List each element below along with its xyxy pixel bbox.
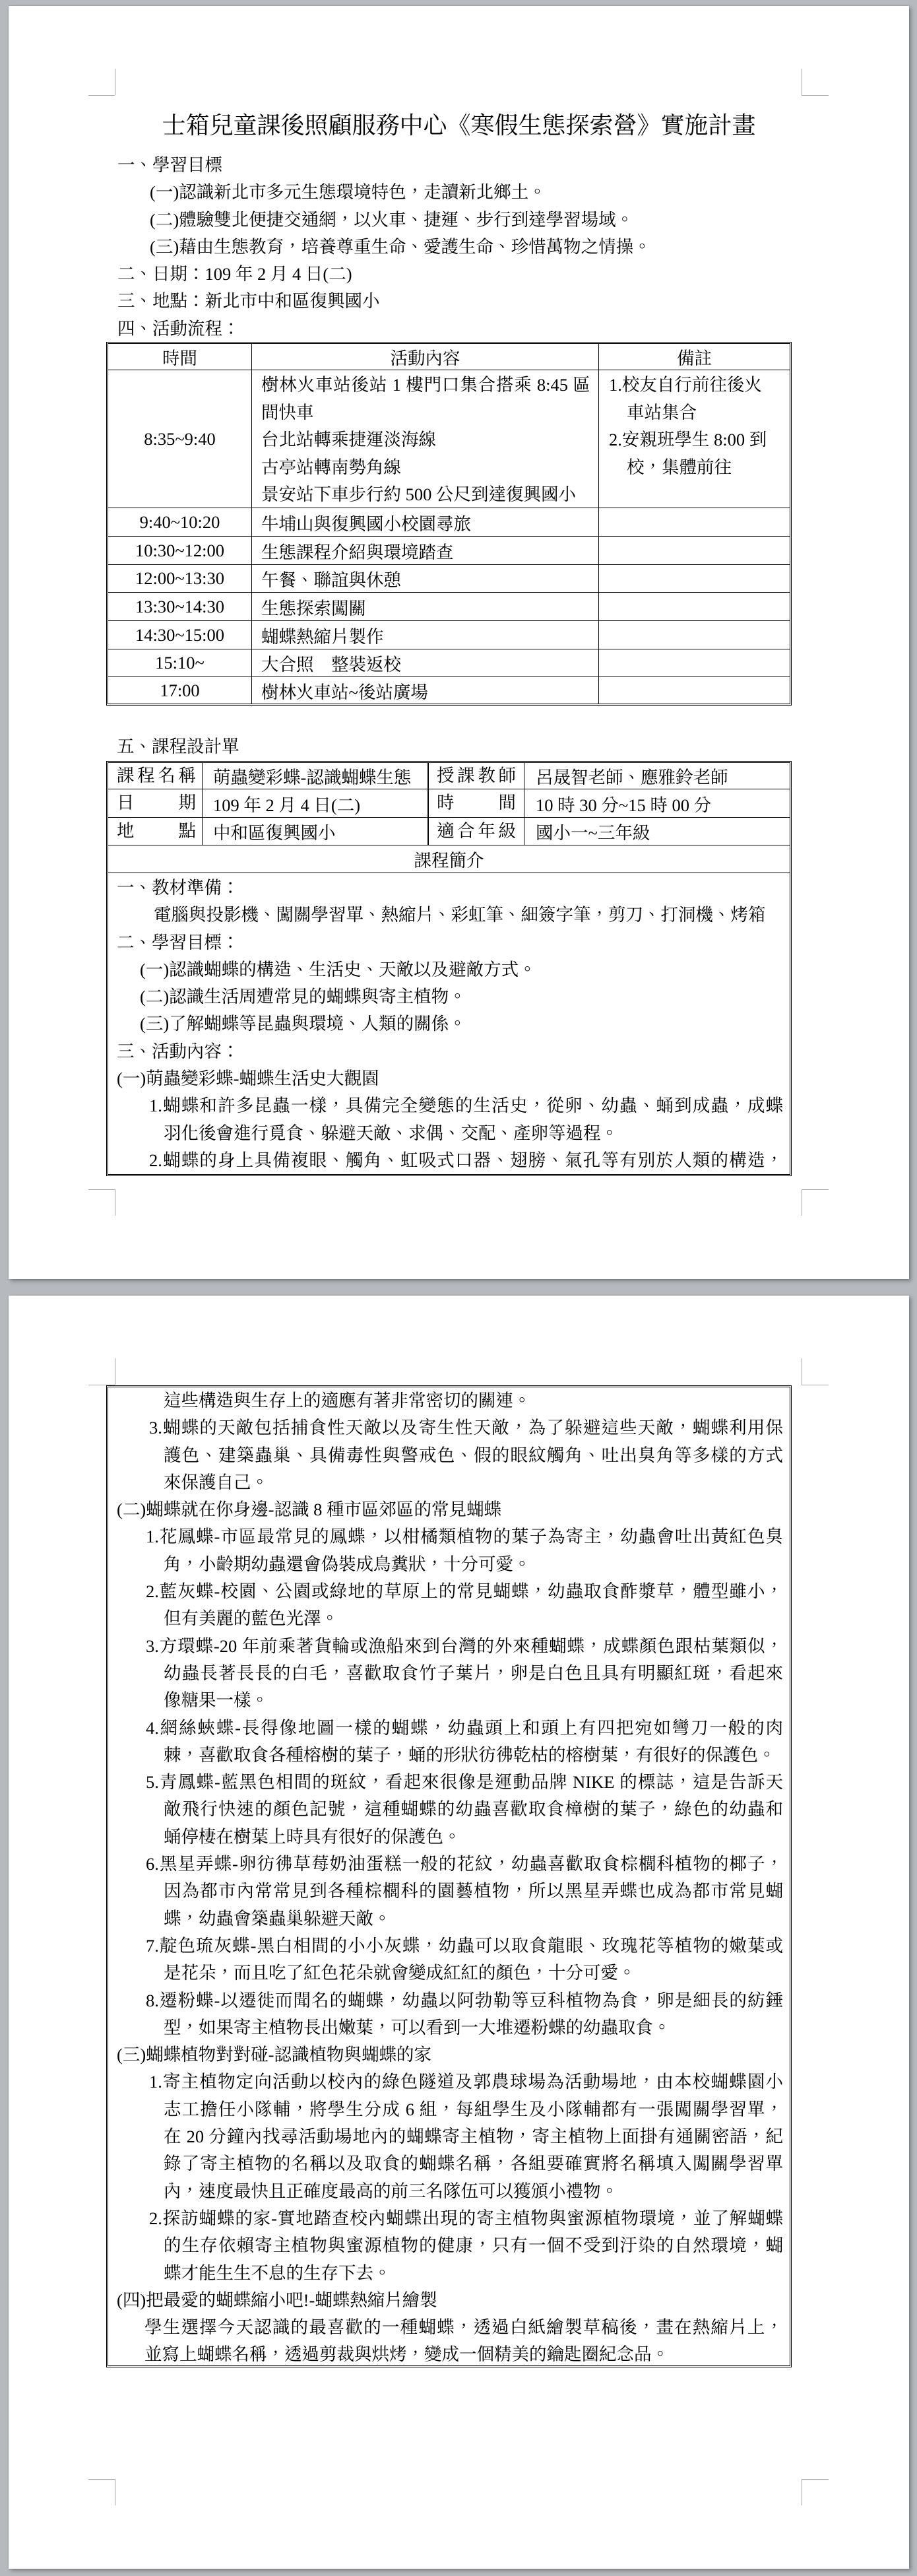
activity-cell: 生態探索闖關 bbox=[252, 593, 599, 620]
schedule-row: 14:30~15:00 蝴蝶熱縮片製作 bbox=[108, 621, 790, 649]
activity-line: 古亭站轉南勢角線 bbox=[261, 454, 590, 482]
intro-heading: 二、學習目標： bbox=[108, 929, 790, 956]
margin-mark-bottom-left bbox=[88, 2479, 115, 2480]
activity-item-line: 在 20 分鐘內找尋活動場地內的蝴蝶寄主植物，寄主植物上面掛有通關密語，紀 bbox=[108, 2123, 790, 2150]
butterfly-item-line: 4.網絲蛺蝶-長得像地圖一樣的蝴蝶，幼蟲頭上和頭上有四把宛如彎刀一般的肉 bbox=[108, 1715, 790, 1742]
butterfly-item-line: 角，小齡期幼蟲還會偽裝成鳥糞狀，十分可愛。 bbox=[108, 1551, 790, 1578]
time-cell: 9:40~10:20 bbox=[108, 508, 252, 536]
document-page-1: 士箱兒童課後照顧服務中心《寒假生態探索營》實施計畫 一、學習目標 (一)認識新北… bbox=[9, 6, 909, 1279]
schedule-row: 15:10~ 大合照 整裝返校 bbox=[108, 649, 790, 677]
materials-list: 電腦與投影機、闖關學習單、熱縮片、彩虹筆、細簽字筆，剪刀、打洞機、烤箱 bbox=[108, 902, 790, 929]
location-label: 地點 bbox=[108, 818, 203, 845]
notes-cell bbox=[599, 677, 790, 704]
activity-heading: (一)萌蟲變彩蝶-蝴蝶生活史大觀園 bbox=[108, 1065, 790, 1092]
note-line: 校，集體前往 bbox=[609, 454, 790, 482]
activity-item-line: 護色、建築蟲巢、具備毒性與警戒色、假的眼紋觸角、吐出臭角等多樣的方式 bbox=[108, 1442, 790, 1469]
activity-cell: 樹林火車站後站 1 樓門口集合搭乘 8:45 區 間快車 台北站轉乘捷運淡海線 … bbox=[252, 370, 599, 508]
document-title: 士箱兒童課後照顧服務中心《寒假生態探索營》實施計畫 bbox=[9, 111, 909, 140]
activity-item-line: 1.蝴蝶和許多昆蟲一樣，具備完全變態的生活史，從卵、幼蟲、蛹到成蟲，成蝶 bbox=[108, 1092, 790, 1119]
section-heading-schedule: 四、活動流程： bbox=[9, 315, 909, 343]
margin-mark-top-right bbox=[802, 95, 829, 96]
butterfly-item-line: 是花朵，而且吃了紅色花朵就會變成紅紅的顏色，十分可愛。 bbox=[108, 1960, 790, 1987]
activity-cell: 樹林火車站~後站廣場 bbox=[252, 677, 599, 704]
butterfly-item-line: 但有美麗的藍色光澤。 bbox=[108, 1605, 790, 1632]
schedule-row: 13:30~14:30 生態探索闖關 bbox=[108, 593, 790, 621]
time-cell: 12:00~13:30 bbox=[108, 565, 252, 592]
activity-line: 樹林火車站後站 1 樓門口集合搭乘 8:45 區 bbox=[261, 372, 590, 399]
section-date: 二、日期：109 年 2 月 4 日(二) bbox=[9, 261, 909, 288]
notes-cell bbox=[599, 537, 790, 564]
location-value: 中和區復興國小 bbox=[203, 818, 429, 845]
activity-line: 間快車 bbox=[261, 399, 590, 427]
column-header-notes: 備註 bbox=[599, 344, 790, 370]
intro-heading: 三、活動內容： bbox=[108, 1038, 790, 1065]
section-heading-objectives: 一、學習目標 bbox=[9, 152, 909, 179]
activity-paragraph-line: 並寫上蝴蝶名稱，透過剪裁與烘烤，變成一個精美的鑰匙圈紀念品。 bbox=[108, 2341, 790, 2368]
course-info-row: 課程名稱 萌蟲變彩蝶-認識蝴蝶生態 授課教師 呂晟智老師、應雅鈴老師 bbox=[108, 763, 790, 789]
butterfly-item-line: 棘，喜歡取食各種榕樹的葉子，蛹的形狀彷彿乾枯的榕樹葉，有很好的保護色。 bbox=[108, 1742, 790, 1769]
goal-item: (二)認識生活周遭常見的蝴蝶與寄主植物。 bbox=[108, 983, 790, 1010]
margin-mark-bottom-right bbox=[802, 2479, 829, 2480]
margin-mark-top-left bbox=[115, 1358, 115, 1385]
activity-item-line: 來保護自己。 bbox=[108, 1469, 790, 1496]
margin-mark-top-left bbox=[88, 95, 115, 96]
activity-item-line: 錄了寄主植物的名稱以及取食的蝴蝶名稱，各組要確實將名稱填入闖關學習單 bbox=[108, 2150, 790, 2177]
course-intro-content: 一、教材準備： 電腦與投影機、闖關學習單、熱縮片、彩虹筆、細簽字筆，剪刀、打洞機… bbox=[108, 873, 790, 1174]
schedule-header-row: 時間 活動內容 備註 bbox=[108, 344, 790, 370]
margin-mark-bottom-right bbox=[802, 1189, 802, 1216]
course-table-continued: 這些構造與生存上的適應有著非常密切的關連。 3.蝴蝶的天敵包括捕食性天敵以及寄生… bbox=[106, 1385, 792, 2367]
notes-cell bbox=[599, 508, 790, 536]
butterfly-item-line: 2.藍灰蝶-校園、公園或綠地的草原上的常見蝴蝶，幼蟲取食酢漿草，體型雖小， bbox=[108, 1578, 790, 1605]
objective-item: (二)體驗雙北便捷交通網，以火車、捷運、步行到達學習場域。 bbox=[9, 207, 909, 234]
margin-mark-bottom-left bbox=[88, 1189, 115, 1190]
activity-line: 台北站轉乘捷運淡海線 bbox=[261, 426, 590, 454]
activity-item-line: 1.寄主植物定向活動以校內的綠色隧道及郭農球場為活動場地，由本校蝴蝶園小 bbox=[108, 2068, 790, 2096]
schedule-row: 10:30~12:00 生態課程介紹與環境踏查 bbox=[108, 537, 790, 565]
activity-paragraph-line: 學生選擇今天認識的最喜歡的一種蝴蝶，透過白紙繪製草稿後，畫在熱縮片上， bbox=[108, 2314, 790, 2341]
teacher-value: 呂晟智老師、應雅鈴老師 bbox=[524, 763, 790, 789]
schedule-row: 9:40~10:20 牛埔山與復興國小校園尋旅 bbox=[108, 508, 790, 537]
activity-heading: (四)把最愛的蝴蝶縮小吧!-蝴蝶熱縮片繪製 bbox=[108, 2287, 790, 2314]
schedule-row: 8:35~9:40 樹林火車站後站 1 樓門口集合搭乘 8:45 區 間快車 台… bbox=[108, 370, 790, 508]
plan-overview: 一、學習目標 (一)認識新北市多元生態環境特色，走讀新北鄉土。 (二)體驗雙北便… bbox=[9, 152, 909, 343]
margin-mark-top-right bbox=[802, 1358, 802, 1385]
schedule-row: 17:00 樹林火車站~後站廣場 bbox=[108, 677, 790, 704]
course-name-value: 萌蟲變彩蝶-認識蝴蝶生態 bbox=[203, 763, 429, 789]
notes-cell: 1.校友自行前往後火 車站集合 2.安親班學生 8:00 到 校，集體前往 bbox=[599, 370, 790, 508]
butterfly-item-line: 1.花鳳蝶-市區最常見的鳳蝶，以柑橘類植物的葉子為寄主，幼蟲會吐出黃紅色臭 bbox=[108, 1523, 790, 1550]
course-table: 課程名稱 萌蟲變彩蝶-認識蝴蝶生態 授課教師 呂晟智老師、應雅鈴老師 日期 10… bbox=[106, 761, 792, 1176]
margin-mark-top-right bbox=[802, 69, 802, 95]
note-line: 車站集合 bbox=[609, 399, 790, 427]
notes-cell bbox=[599, 621, 790, 649]
document-page-2: 這些構造與生存上的適應有著非常密切的關連。 3.蝴蝶的天敵包括捕食性天敵以及寄生… bbox=[9, 1296, 909, 2569]
margin-mark-top-left bbox=[115, 69, 115, 95]
time-cell: 17:00 bbox=[108, 677, 252, 704]
objective-item: (三)藉由生態教育，培養尊重生命、愛護生命、珍惜萬物之情操。 bbox=[9, 234, 909, 261]
butterfly-item-line: 3.方環蝶-20 年前乘著貨輪或漁船來到台灣的外來種蝴蝶，成蝶顏色跟枯葉類似， bbox=[108, 1633, 790, 1660]
notes-cell bbox=[599, 649, 790, 677]
activity-cell: 牛埔山與復興國小校園尋旅 bbox=[252, 508, 599, 536]
activity-cell: 蝴蝶熱縮片製作 bbox=[252, 621, 599, 649]
section-location: 三、地點：新北市中和區復興國小 bbox=[9, 288, 909, 315]
note-line: 2.安親班學生 8:00 到 bbox=[609, 426, 790, 454]
activity-item-line: 內，速度最快且正確度最高的前三名隊伍可以獲頒小禮物。 bbox=[108, 2178, 790, 2205]
time-cell: 8:35~9:40 bbox=[108, 370, 252, 508]
course-intro-content-continued: 這些構造與生存上的適應有著非常密切的關連。 3.蝴蝶的天敵包括捕食性天敵以及寄生… bbox=[108, 1387, 790, 2365]
margin-mark-bottom-right bbox=[802, 1189, 829, 1190]
butterfly-item-line: 6.黑星弄蝶-卵彷彿草莓奶油蛋糕一般的花紋，幼蟲喜歡取食棕櫚科植物的椰子， bbox=[108, 1851, 790, 1878]
course-intro-heading: 課程簡介 bbox=[108, 845, 790, 873]
butterfly-item-line: 像糖果一樣。 bbox=[108, 1687, 790, 1714]
column-header-activity: 活動內容 bbox=[252, 344, 599, 370]
teacher-label: 授課教師 bbox=[429, 763, 524, 789]
section-heading-course-design: 五、課程設計單 bbox=[9, 733, 909, 760]
course-info-row: 地點 中和區復興國小 適合年級 國小一~三年級 bbox=[108, 818, 790, 845]
butterfly-item-line: 幼蟲長著長長的白毛，喜歡取食竹子葉片，卵是白色且具有明顯紅斑，看起來 bbox=[108, 1660, 790, 1687]
butterfly-item-line: 7.靛色琉灰蝶-黑白相間的小小灰蝶，幼蟲可以取食龍眼、玫瑰花等植物的嫩葉或 bbox=[108, 1932, 790, 1960]
grade-value: 國小一~三年級 bbox=[524, 818, 790, 845]
goal-item: (一)認識蝴蝶的構造、生活史、天敵以及避敵方式。 bbox=[108, 956, 790, 983]
course-name-label: 課程名稱 bbox=[108, 763, 203, 789]
activity-item-line: 這些構造與生存上的適應有著非常密切的關連。 bbox=[108, 1387, 790, 1414]
time-cell: 13:30~14:30 bbox=[108, 593, 252, 620]
time-cell: 10:30~12:00 bbox=[108, 537, 252, 564]
activity-item-line: 志工擔任小隊輔，將學生分成 6 組，每組學生及小隊輔都有一張闖關學習單， bbox=[108, 2096, 790, 2123]
margin-mark-top-right bbox=[802, 1385, 829, 1385]
grade-label: 適合年級 bbox=[429, 818, 524, 845]
activity-cell: 午餐、聯誼與休憩 bbox=[252, 565, 599, 592]
notes-cell bbox=[599, 593, 790, 620]
butterfly-item-line: 敵飛行快速的顏色記號，這種蝴蝶的幼蟲喜歡取食樟樹的葉子，綠色的幼蟲和 bbox=[108, 1796, 790, 1823]
activity-cell: 大合照 整裝返校 bbox=[252, 649, 599, 677]
activity-item-line: 羽化後會進行覓食、躲避天敵、求偶、交配、產卵等過程。 bbox=[108, 1120, 790, 1147]
date-label: 日期 bbox=[108, 789, 203, 817]
time-value: 10 時 30 分~15 時 00 分 bbox=[524, 789, 790, 817]
activity-line: 景安站下車步行約 500 公尺到達復興國小 bbox=[261, 481, 590, 509]
butterfly-item-line: 5.青鳳蝶-藍黑色相間的斑紋，看起來很像是運動品牌 NIKE 的標誌，這是告訴天 bbox=[108, 1769, 790, 1796]
objective-item: (一)認識新北市多元生態環境特色，走讀新北鄉土。 bbox=[9, 179, 909, 206]
activity-heading: (二)蝴蝶就在你身邊-認識 8 種市區郊區的常見蝴蝶 bbox=[108, 1496, 790, 1523]
activity-item-line: 3.蝴蝶的天敵包括捕食性天敵以及寄生性天敵，為了躲避這些天敵，蝴蝶利用保 bbox=[108, 1414, 790, 1441]
butterfly-item-line: 蛹停棲在樹葉上時具有很好的保護色。 bbox=[108, 1824, 790, 1851]
margin-mark-bottom-left bbox=[115, 1189, 115, 1216]
butterfly-item-line: 因為都市內常常見到各種棕櫚科的園藝植物，所以黑星弄蝶也成為都市常見蝴 bbox=[108, 1878, 790, 1905]
time-label: 時間 bbox=[429, 789, 524, 817]
goal-item: (三)了解蝴蝶等昆蟲與環境、人類的關係。 bbox=[108, 1010, 790, 1038]
notes-cell bbox=[599, 565, 790, 592]
course-info-row: 日期 109 年 2 月 4 日(二) 時間 10 時 30 分~15 時 00… bbox=[108, 789, 790, 818]
course-section: 五、課程設計單 bbox=[9, 733, 909, 760]
activity-item-line: 的生存依賴寄主植物與蜜源植物的健康，只有一個不受到汙染的自然環境，蝴 bbox=[108, 2232, 790, 2259]
course-intro-heading-row: 課程簡介 bbox=[108, 845, 790, 873]
note-line: 1.校友自行前往後火 bbox=[609, 372, 790, 399]
butterfly-item-line: 型，如果寄主植物長出嫩葉，可以看到一大堆遷粉蝶的幼蟲取食。 bbox=[108, 2014, 790, 2041]
activity-item-line: 蝶才能生生不息的生存下去。 bbox=[108, 2260, 790, 2287]
activity-heading: (三)蝴蝶植物對對碰-認識植物與蝴蝶的家 bbox=[108, 2041, 790, 2068]
butterfly-item-line: 8.遷粉蝶-以遷徙而聞名的蝴蝶，幼蟲以阿勃勒等豆科植物為食，卵是細長的紡錘 bbox=[108, 1987, 790, 2014]
time-cell: 14:30~15:00 bbox=[108, 621, 252, 649]
date-value: 109 年 2 月 4 日(二) bbox=[203, 789, 429, 817]
margin-mark-bottom-left bbox=[115, 2479, 115, 2505]
time-cell: 15:10~ bbox=[108, 649, 252, 677]
butterfly-item-line: 蝶，幼蟲會築蟲巢躲避天敵。 bbox=[108, 1905, 790, 1932]
margin-mark-bottom-right bbox=[802, 2479, 802, 2505]
column-header-time: 時間 bbox=[108, 344, 252, 370]
schedule-table: 時間 活動內容 備註 8:35~9:40 樹林火車站後站 1 樓門口集合搭乘 8… bbox=[106, 342, 792, 706]
activity-item-line: 2.探訪蝴蝶的家-實地踏查校內蝴蝶出現的寄主植物與蜜源植物環境，並了解蝴蝶 bbox=[108, 2205, 790, 2232]
schedule-row: 12:00~13:30 午餐、聯誼與休憩 bbox=[108, 565, 790, 593]
activity-cell: 生態課程介紹與環境踏查 bbox=[252, 537, 599, 564]
activity-item-line: 2.蝴蝶的身上具備複眼、觸角、虹吸式口器、翅膀、氣孔等有別於人類的構造， bbox=[108, 1147, 790, 1174]
intro-heading: 一、教材準備： bbox=[108, 875, 790, 902]
